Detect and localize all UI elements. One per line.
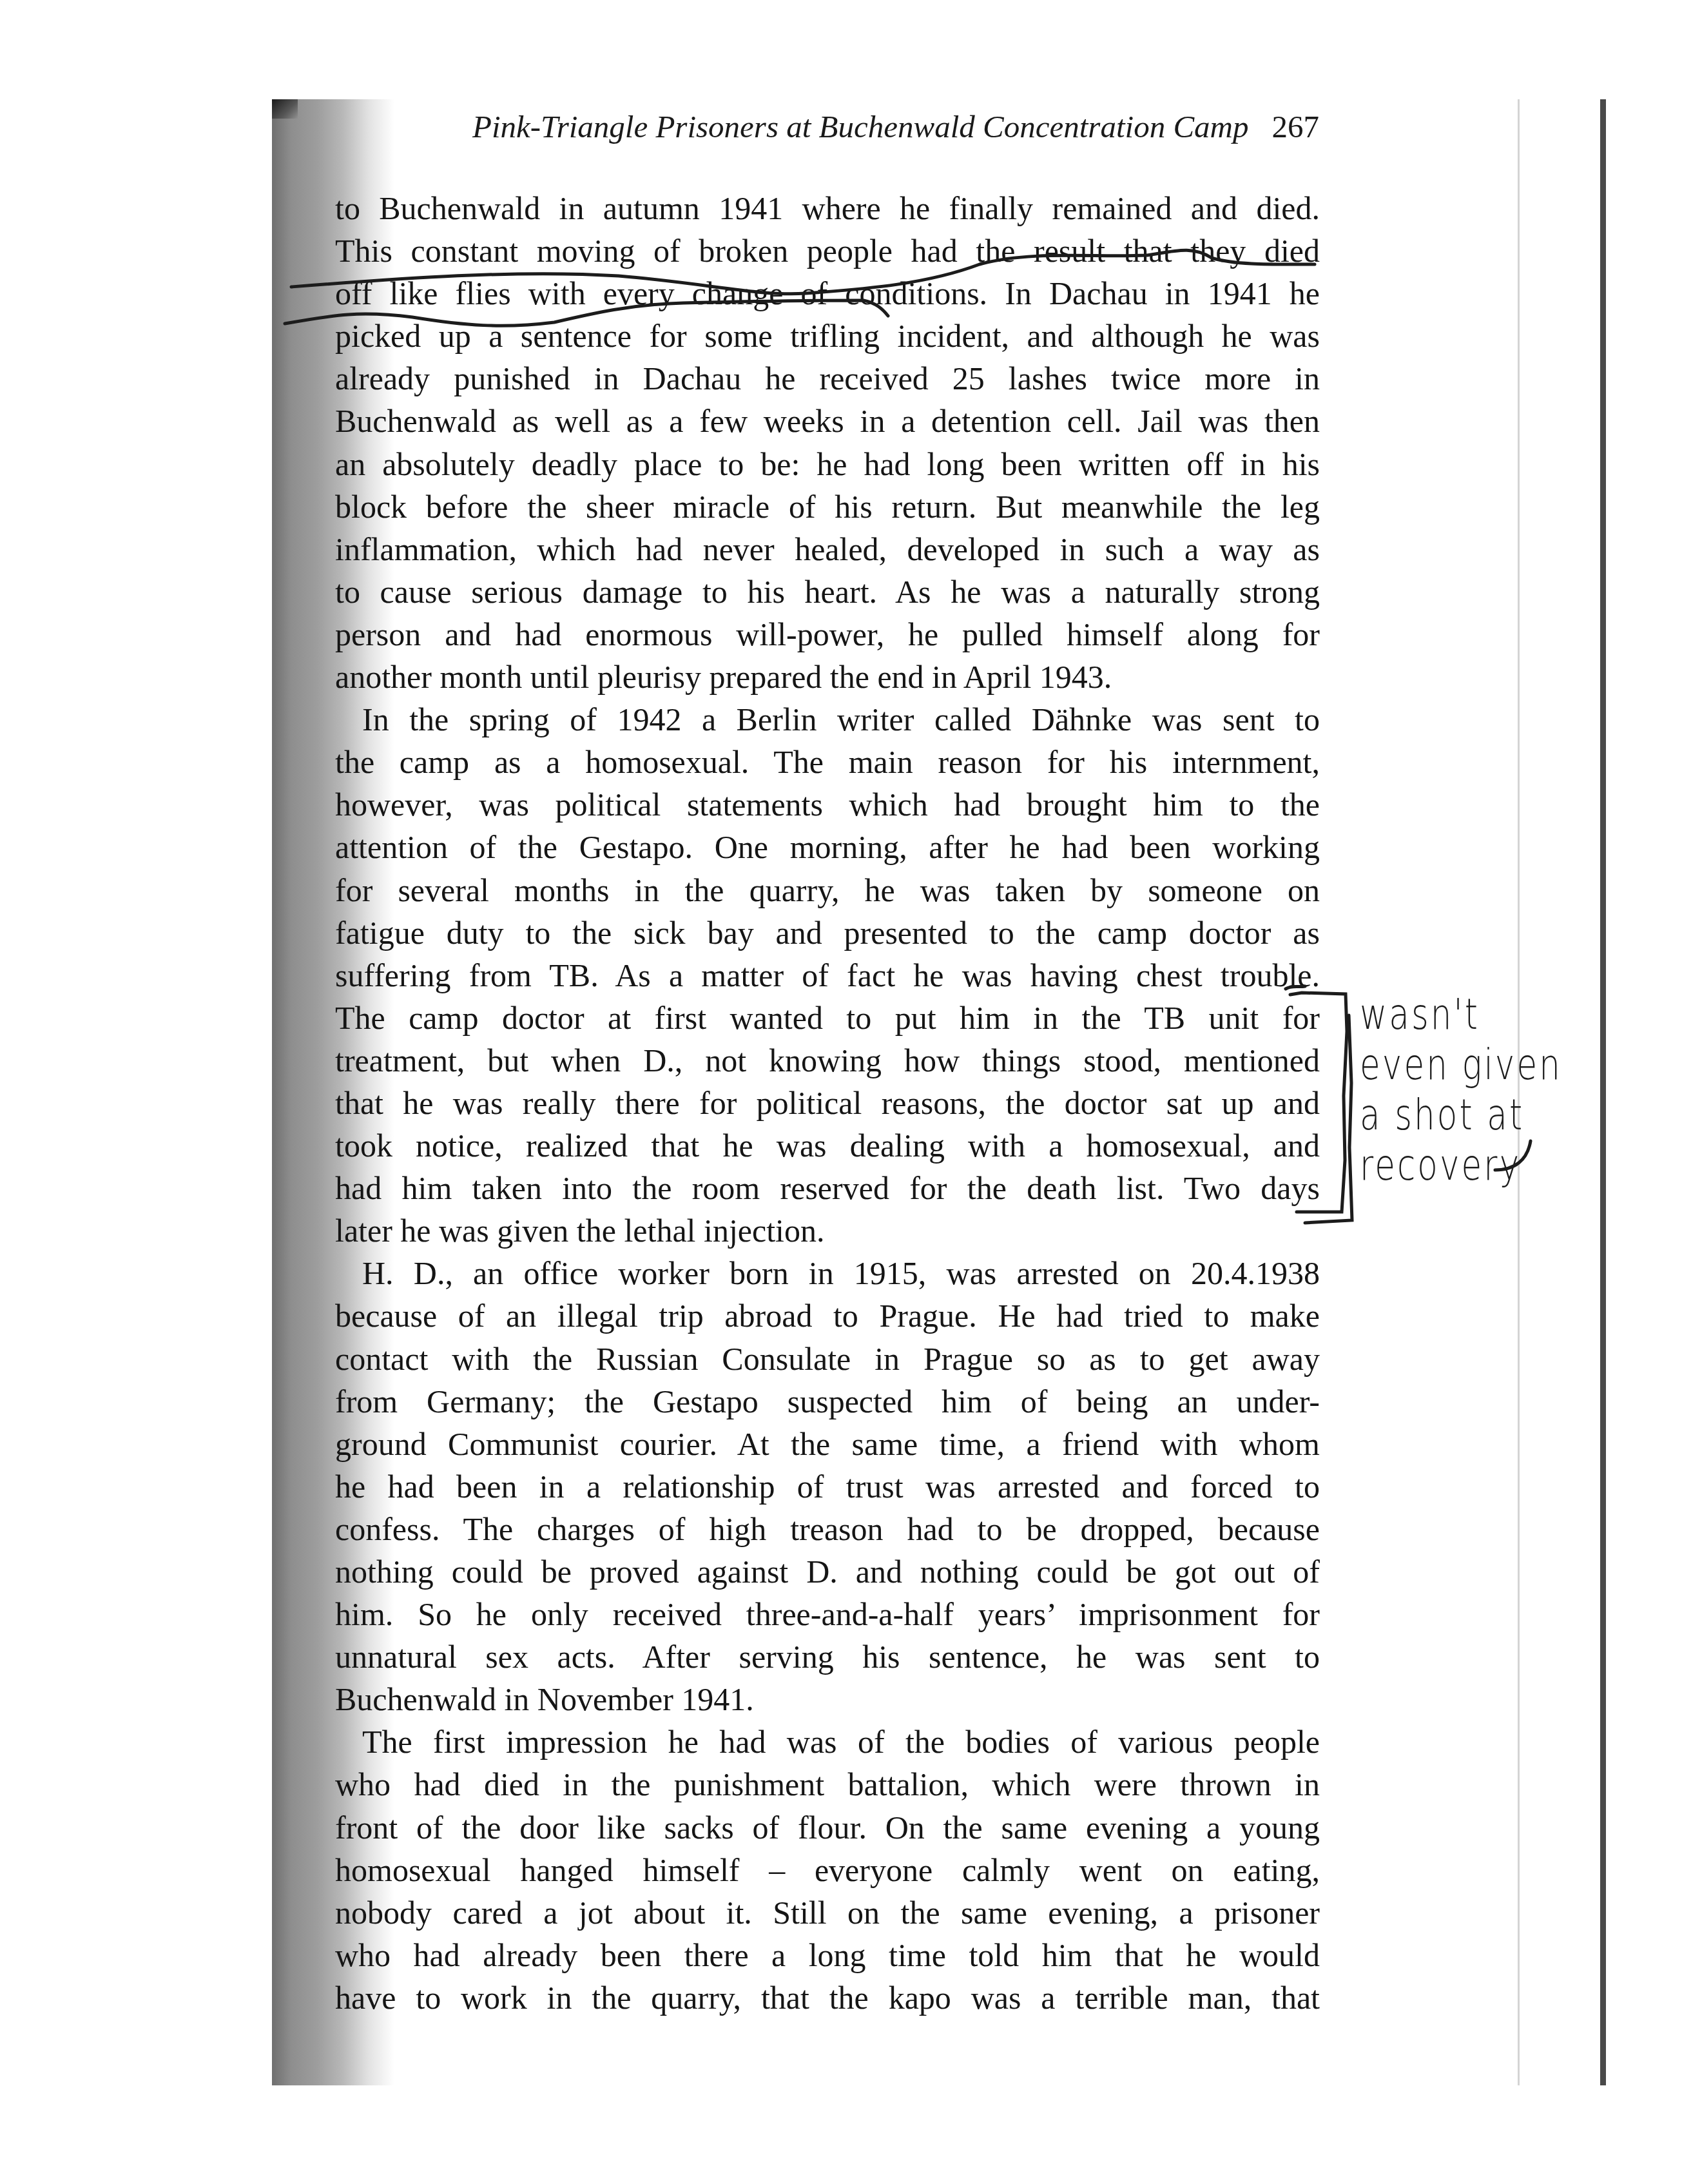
running-title: Pink-Triangle Prisoners at Buchenwald Co… bbox=[472, 108, 1249, 145]
margin-note-line: wasn't bbox=[1360, 990, 1551, 1040]
text-line: contact with the Russian Consulate in Pr… bbox=[335, 1338, 1320, 1380]
text-line: front of the door like sacks of flour. O… bbox=[335, 1806, 1320, 1849]
body-text: to Buchenwald in autumn 1941 where he fi… bbox=[335, 187, 1320, 2019]
scan-corner-shadow bbox=[272, 99, 298, 119]
text-line: inflammation, which had never healed, de… bbox=[335, 528, 1320, 570]
page-number: 267 bbox=[1272, 108, 1320, 145]
text-line: person and had enormous will-power, he p… bbox=[335, 613, 1320, 656]
text-line: The camp doctor at first wanted to put h… bbox=[335, 997, 1320, 1039]
text-line: The first impression he had was of the b… bbox=[335, 1721, 1320, 1763]
text-line: unnatural sex acts. After serving his se… bbox=[335, 1635, 1320, 1678]
text-line: fatigue duty to the sick bay and present… bbox=[335, 912, 1320, 954]
text-line: he had been in a relationship of trust w… bbox=[335, 1465, 1320, 1508]
text-line: to cause serious damage to his heart. As… bbox=[335, 570, 1320, 613]
text-line: suffering from TB. As a matter of fact h… bbox=[335, 954, 1320, 997]
text-line: from Germany; the Gestapo suspected him … bbox=[335, 1380, 1320, 1423]
margin-note-line: recovery bbox=[1360, 1140, 1551, 1191]
text-line: In the spring of 1942 a Berlin writer ca… bbox=[335, 698, 1320, 741]
text-line: already punished in Dachau he received 2… bbox=[335, 357, 1320, 400]
text-line: him. So he only received three-and-a-hal… bbox=[335, 1593, 1320, 1635]
running-header: Pink-Triangle Prisoners at Buchenwald Co… bbox=[507, 108, 1319, 145]
text-line: ground Communist courier. At the same ti… bbox=[335, 1423, 1320, 1465]
text-line: however, was political statements which … bbox=[335, 783, 1320, 826]
text-line: Buchenwald in November 1941. bbox=[335, 1678, 1320, 1721]
text-line: for several months in the quarry, he was… bbox=[335, 869, 1320, 912]
text-line: picked up a sentence for some trifling i… bbox=[335, 315, 1320, 357]
text-line: because of an illegal trip abroad to Pra… bbox=[335, 1294, 1320, 1337]
text-line: treatment, but when D., not knowing how … bbox=[335, 1039, 1320, 1082]
text-line: H. D., an office worker born in 1915, wa… bbox=[335, 1252, 1320, 1294]
text-line: later he was given the lethal injection. bbox=[335, 1209, 1320, 1252]
text-line: had him taken into the room reserved for… bbox=[335, 1167, 1320, 1209]
text-line: homosexual hanged himself – everyone cal… bbox=[335, 1849, 1320, 1891]
margin-note-line: even given bbox=[1360, 1040, 1551, 1090]
margin-note: wasn'teven givena shot atrecovery bbox=[1360, 990, 1551, 1191]
text-line: that he was really there for political r… bbox=[335, 1082, 1320, 1124]
text-line: an absolutely deadly place to be: he had… bbox=[335, 443, 1320, 485]
text-line: confess. The charges of high treason had… bbox=[335, 1508, 1320, 1550]
text-line: another month until pleurisy prepared th… bbox=[335, 656, 1320, 698]
text-line: to Buchenwald in autumn 1941 where he fi… bbox=[335, 187, 1320, 229]
text-line: took notice, realized that he was dealin… bbox=[335, 1124, 1320, 1167]
text-line: This constant moving of broken people ha… bbox=[335, 229, 1320, 272]
text-line: Buchenwald as well as a few weeks in a d… bbox=[335, 400, 1320, 442]
text-line: have to work in the quarry, that the kap… bbox=[335, 1976, 1320, 2019]
text-line: who had already been there a long time t… bbox=[335, 1934, 1320, 1976]
page-edge-dark-bar bbox=[1600, 99, 1606, 2085]
margin-note-line: a shot at bbox=[1360, 1090, 1551, 1140]
text-line: nobody cared a jot about it. Still on th… bbox=[335, 1891, 1320, 1934]
text-line: the camp as a homosexual. The main reaso… bbox=[335, 741, 1320, 783]
text-line: off like flies with every change of cond… bbox=[335, 272, 1320, 315]
text-line: attention of the Gestapo. One morning, a… bbox=[335, 826, 1320, 868]
text-line: block before the sheer miracle of his re… bbox=[335, 485, 1320, 528]
text-line: nothing could be proved against D. and n… bbox=[335, 1550, 1320, 1593]
text-line: who had died in the punishment battalion… bbox=[335, 1763, 1320, 1806]
